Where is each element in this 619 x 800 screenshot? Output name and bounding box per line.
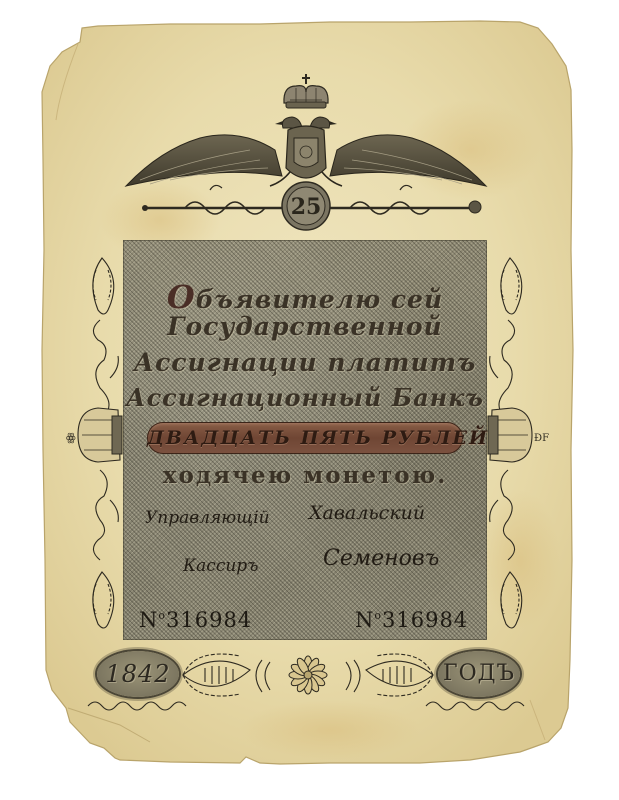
amount-in-words-band: ДВАДЦАТЬ ПЯТЬ РУБЛЕЙ	[147, 422, 463, 454]
manager-signature: Хавальский	[309, 502, 425, 524]
text-line-1: Объявителю сей	[123, 278, 487, 316]
text-line-4: Ассигнационный Банкъ	[123, 383, 487, 412]
svg-text:ꙮ: ꙮ	[66, 431, 76, 444]
manager-label: Управляющій	[145, 508, 270, 528]
guilloche-text-panel: Объявителю сей Государственной Ассигнаци…	[123, 240, 487, 640]
svg-text:ÐF: ÐF	[534, 433, 549, 444]
text-line-3: Ассигнации платитъ	[123, 348, 487, 377]
cashier-label: Кассиръ	[183, 556, 259, 576]
year-word-cartouche: ГОДЪ	[438, 651, 520, 697]
denomination-numeral: 25	[291, 194, 322, 220]
year-word-text: ГОДЪ	[438, 651, 520, 697]
text-line-6: ходячею монетою.	[123, 462, 487, 489]
year-cartouche: 1842	[97, 651, 179, 697]
amount-in-words: ДВАДЦАТЬ ПЯТЬ РУБЛЕЙ	[147, 422, 463, 454]
text-line-2: Государственной	[123, 312, 487, 341]
serial-number-right: No316984	[355, 608, 468, 632]
cashier-signature: Семеновъ	[323, 546, 439, 571]
year-text: 1842	[97, 651, 179, 697]
decorative-initial: О	[167, 278, 196, 316]
serial-number-left: No316984	[139, 608, 252, 632]
